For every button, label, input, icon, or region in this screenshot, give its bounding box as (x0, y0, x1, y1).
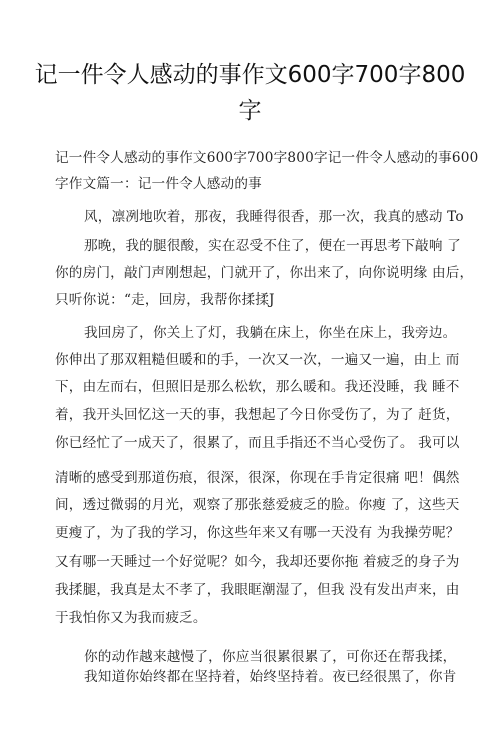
body-line: 只听你说：“走，回房，我帮你揉揉J (55, 288, 275, 308)
body-line: 清晰的感受到那道伤痕，很深，很深，你现在手肯定很痛 吧！偶然 (55, 466, 460, 486)
body-line: 那晚，我的腿很酸，实在忍受不住了，便在一再思考下敲响 了 (84, 234, 461, 254)
body-line: 又有哪一天睡过一个好觉呢？如今，我却还要你拖 着疲乏的身子为 (55, 550, 460, 570)
body-line: 你的动作越来越慢了，你应当很累很累了，可你还在帮我揉， (84, 645, 456, 665)
body-line: 着，我开头回忆这一天的事，我想起了今日你受伤了，为了 赶货， (55, 403, 460, 423)
body-line: 风，凛冽地吹着，那夜，我睡得很香，那一次，我真的感动 To (84, 205, 464, 225)
body-line: 我知道你始终都在坚持着，始终坚持着。夜已经很黑了，你肯 (84, 665, 456, 685)
body-line: 下，由左而右，但照旧是那么松软，那么暖和。我还没睡，我 睡不 (55, 375, 460, 395)
body-line: 记一件令人感动的事作文600字700字800字记一件令人感动的事600 (55, 146, 478, 166)
body-line: 间，透过微弱的月光，观察了那张慈爱疲乏的脸。你瘦 了，这些天 (55, 493, 460, 513)
body-line: 你的房门，敲门声刚想起，门就开了，你出来了，向你说明缘 由后， (55, 261, 473, 281)
body-line: 我揉腿，我真是太不孝了，我眼眶潮湿了，但我 没有发出声来，由 (55, 578, 460, 598)
body-line: 字作文篇一：记一件令人感动的事 (55, 172, 262, 192)
body-line: 我回房了，你关上了灯，我躺在床上，你坐在床上，我旁边。 (84, 321, 456, 341)
body-line: 更瘦了，为了我的学习，你这些年来又有哪一天没有 为我操劳呢？ (55, 521, 460, 541)
body-line: 你伸出了那双粗糙但暖和的手，一次又一次，一遍又一遍，由上 而 (55, 348, 460, 368)
body-line: 于我怕你又为我而疲乏。 (55, 606, 207, 626)
document-title-line2: 字 (0, 92, 500, 125)
body-line: 你已经忙了一成天了，很累了，而且手指还不当心受伤了。 我可以 (55, 431, 460, 451)
document-title-line1: 记一件令人感动的事作文600字700字800 (0, 56, 500, 89)
